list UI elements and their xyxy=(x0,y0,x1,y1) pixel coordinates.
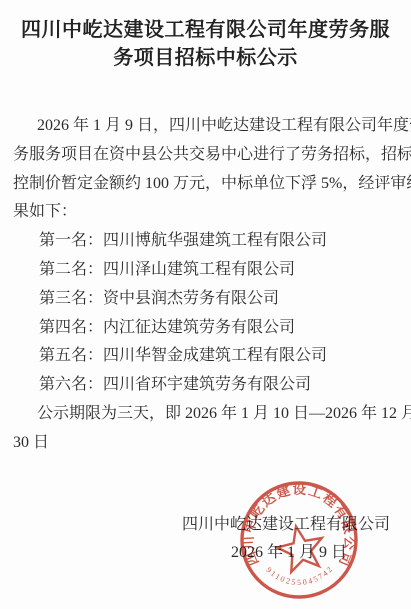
intro-line: 务服务项目在资中县公共交易中心进行了劳务招标，招标苦 xyxy=(13,141,399,170)
page-title: 四川中屹达建设工程有限公司年度劳务服 务项目招标中标公示 xyxy=(10,16,401,72)
intro-line: 2026 年 1 月 9 日，四川中屹达建设工程有限公司年度劳 xyxy=(13,112,399,141)
winner-rank-6: 第六名：四川省环宇建筑劳务有限公司 xyxy=(13,371,399,400)
winner-rank-3: 第三名：资中县润杰劳务有限公司 xyxy=(13,285,399,314)
signature-date: 2026 年 1 月 9 日 xyxy=(0,539,411,568)
winner-rank-2: 第二名：四川泽山建筑工程有限公司 xyxy=(13,256,399,285)
announcement-document: 四川中屹达建设工程有限公司年度劳务服 务项目招标中标公示 2026 年 1 月 … xyxy=(0,0,411,609)
intro-line: 果如下： xyxy=(13,198,399,227)
publicity-period-line: 公示期限为三天，即 2026 年 1 月 10 日—2026 年 12 月 xyxy=(13,400,399,429)
document-body: 2026 年 1 月 9 日，四川中屹达建设工程有限公司年度劳 务服务项目在资中… xyxy=(0,112,411,458)
publicity-period-line: 30 日 xyxy=(13,429,399,458)
signature-block: 四川中屹达建设工程有限公司 2026 年 1 月 9 日 xyxy=(0,511,411,569)
winner-rank-4: 第四名：内江征达建筑劳务有限公司 xyxy=(13,314,399,343)
winner-rank-5: 第五名：四川华智金成建筑工程有限公司 xyxy=(13,342,399,371)
winner-rank-1: 第一名：四川博航华强建筑工程有限公司 xyxy=(13,227,399,256)
signature-company: 四川中屹达建设工程有限公司 xyxy=(0,511,411,540)
title-line-1: 四川中屹达建设工程有限公司年度劳务服 xyxy=(10,16,401,44)
title-line-2: 务项目招标中标公示 xyxy=(10,44,401,72)
intro-line: 控制价暂定金额约 100 万元，中标单位下浮 5%，经评审结 xyxy=(13,170,399,199)
